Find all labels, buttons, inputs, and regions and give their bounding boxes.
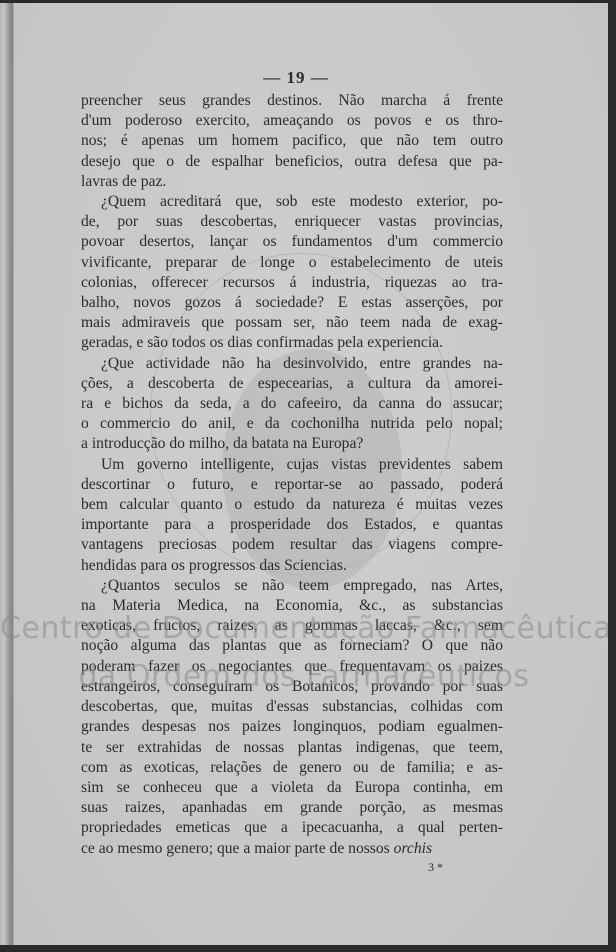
text-line: ¿Quantos seculos se não teem empregado, … <box>81 576 503 596</box>
signature-mark: 3 * <box>81 859 503 875</box>
text-line: colonias, offerecer recursos á industria… <box>81 273 503 293</box>
text-line: desejo que o de espalhar beneficios, out… <box>81 152 503 172</box>
page-text-block: — 19 — preencher seus grandes destinos. … <box>81 67 503 875</box>
text-line: vivificante, preparar de longe o estabel… <box>81 253 503 273</box>
text-line: descortinar o futuro, e reportar-se ao p… <box>81 475 503 495</box>
paragraph: preencher seus grandes destinos. Não mar… <box>81 91 503 192</box>
text-line: te ser extrahidas de nossas plantas indi… <box>81 738 503 758</box>
text-line: bem calcular quanto o estudo da natureza… <box>81 495 503 515</box>
text-line: ¿Quem acreditará que, sob este modesto e… <box>81 192 503 212</box>
paragraph: Um governo intelligente, cujas vistas pr… <box>81 455 503 576</box>
text-line: grandes despesas nos paizes longinquos, … <box>81 717 503 737</box>
paragraphs: preencher seus grandes destinos. Não mar… <box>81 91 503 839</box>
text-line: nos; é apenas um homem pacifico, que não… <box>81 131 503 151</box>
text-line: mais admiraveis que possam ser, não teem… <box>81 313 503 333</box>
paragraph: ¿Que actividade não ha desinvolvido, ent… <box>81 354 503 455</box>
text-line: povoar desertos, lançar os fundamentos d… <box>81 232 503 252</box>
text-line: ra e bichos da seda, a do cafeeiro, da c… <box>81 394 503 414</box>
text-line: balho, novos gozos á sociedade? E estas … <box>81 293 503 313</box>
text-line-final: ce ao mesmo genero; que a maior parte de… <box>81 839 503 859</box>
text-line: com as exoticas, relações de genero ou d… <box>81 758 503 778</box>
watermark-line-2: da Ordem dos Farmacêuticos <box>0 659 608 694</box>
text-line: suas raizes, apanhadas em grande porção,… <box>81 798 503 818</box>
text-line: propriedades emeticas que a ipecacuanha,… <box>81 818 503 838</box>
final-line-text: ce ao mesmo genero; que a maior parte de… <box>81 840 394 857</box>
text-line: ções, a descoberta de especearias, a cul… <box>81 374 503 394</box>
text-line: vantagens preciosas podem resultar das v… <box>81 535 503 555</box>
text-line: d'um poderoso exercito, ameaçando os pov… <box>81 111 503 131</box>
text-line: importante para a prosperidade dos Estad… <box>81 515 503 535</box>
text-line: preencher seus grandes destinos. Não mar… <box>81 91 503 111</box>
text-line: o commercio do anil, e da cochonilha nut… <box>81 414 503 434</box>
text-line: lavras de paz. <box>81 172 503 192</box>
watermark-line-1: Centro de Documentação Farmacêutica <box>0 611 608 646</box>
text-line: hendidas para os progressos das Sciencia… <box>81 556 503 576</box>
text-line: descobertas, que, muitas d'essas substan… <box>81 697 503 717</box>
text-line: ¿Que actividade não ha desinvolvido, ent… <box>81 354 503 374</box>
text-line: geradas, e são todos os dias confirmadas… <box>81 333 503 353</box>
text-line: a introducção do milho, da batata na Eur… <box>81 434 503 454</box>
text-line: sim se conheceu que a violeta da Europa … <box>81 778 503 798</box>
gutter-crease <box>11 3 13 945</box>
text-line: de, por suas descobertas, enriquecer vas… <box>81 212 503 232</box>
page-number: — 19 — <box>81 67 503 89</box>
text-line: Um governo intelligente, cujas vistas pr… <box>81 455 503 475</box>
scanned-page: — 19 — preencher seus grandes destinos. … <box>0 3 608 945</box>
italic-word: orchis <box>394 840 432 857</box>
paragraph: ¿Quem acreditará que, sob este modesto e… <box>81 192 503 354</box>
